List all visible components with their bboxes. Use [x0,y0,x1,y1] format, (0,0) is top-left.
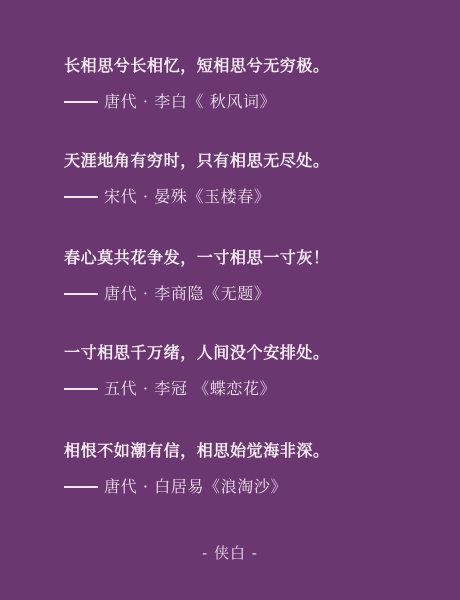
attribution-text: 宋代 · 晏殊《玉楼春》 [104,187,270,207]
quote-block-5: 相恨不如潮有信，相思始觉海非深。 唐代 · 白居易《浪淘沙》 [64,441,404,497]
quote-block-2: 天涯地角有穷时，只有相思无尽处。 宋代 · 晏殊《玉楼春》 [64,151,404,207]
em-dash-line [64,486,98,488]
quote-text: 天涯地角有穷时，只有相思无尽处。 [64,151,404,171]
quote-attribution: 宋代 · 晏殊《玉楼春》 [64,187,404,207]
quote-attribution: 唐代 · 白居易《浪淘沙》 [64,477,404,497]
quote-text: 一寸相思千万绪，人间没个安排处。 [64,343,404,363]
attribution-text: 唐代 · 白居易《浪淘沙》 [104,477,287,497]
attribution-text: 五代 · 李冠 《蝶恋花》 [104,379,276,399]
quote-attribution: 五代 · 李冠 《蝶恋花》 [64,379,404,399]
quote-text: 相恨不如潮有信，相思始觉海非深。 [64,441,404,461]
quote-block-3: 春心莫共花争发，一寸相思一寸灰！ 唐代 · 李商隐《无题》 [64,248,404,304]
footer-signature: - 侠白 - [0,543,460,563]
em-dash-line [64,196,98,198]
attribution-text: 唐代 · 李白《 秋风词》 [104,92,276,112]
quote-text: 长相思兮长相忆，短相思兮无穷极。 [64,56,404,76]
quote-block-4: 一寸相思千万绪，人间没个安排处。 五代 · 李冠 《蝶恋花》 [64,343,404,399]
em-dash-line [64,388,98,390]
quote-text: 春心莫共花争发，一寸相思一寸灰！ [64,248,404,268]
quote-attribution: 唐代 · 李商隐《无题》 [64,284,404,304]
quote-attribution: 唐代 · 李白《 秋风词》 [64,92,404,112]
em-dash-line [64,293,98,295]
em-dash-line [64,101,98,103]
attribution-text: 唐代 · 李商隐《无题》 [104,284,270,304]
quote-block-1: 长相思兮长相忆，短相思兮无穷极。 唐代 · 李白《 秋风词》 [64,56,404,112]
